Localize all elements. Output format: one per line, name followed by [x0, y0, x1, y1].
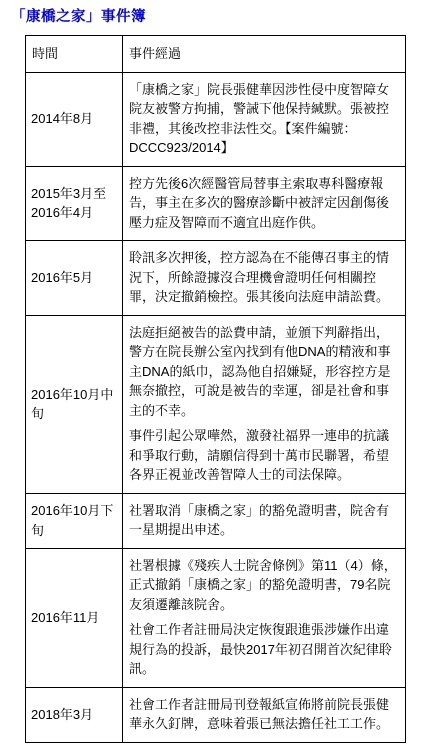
event-paragraph: 事件引起公眾嘩然，激發社福界一連串的抗議和爭取行動，請願信得到十萬市民聯署，希望…	[129, 426, 401, 485]
time-cell: 2016年10月下旬	[26, 493, 123, 548]
events-table: 時間 事件經過 2014年8月 「康橋之家」院長張健華因涉性侵中度智障女院友被警…	[25, 35, 406, 743]
page-title: 「康橋之家」事件簿	[11, 9, 422, 26]
event-cell: 社會工作者註冊局刊登報紙宣佈將前院長張健華永久釘牌，意味着張已無法擔任社工工作。	[123, 687, 406, 742]
table-row: 2016年11月 社署根據《殘疾人士院舍條例》第11（4）條，正式撤銷「康橋之家…	[26, 548, 406, 687]
event-paragraph: 社署取消「康橋之家」的豁免證明書，院舍有一星期提出申述。	[129, 501, 401, 540]
event-cell: 「康橋之家」院長張健華因涉性侵中度智障女院友被警方拘捕，警誡下他保持緘默。張被控…	[123, 72, 406, 166]
table-row: 2016年5月 聆訊多次押後，控方認為在不能傳召事主的情況下，所餘證據沒合理機會…	[26, 241, 406, 316]
column-header-event: 事件經過	[123, 36, 406, 73]
event-paragraph: 「康橋之家」院長張健華因涉性侵中度智障女院友被警方拘捕，警誡下他保持緘默。張被控…	[129, 80, 401, 158]
column-header-time: 時間	[26, 36, 123, 73]
header-row: 時間 事件經過	[26, 36, 406, 73]
event-paragraph: 社會工作者註冊局刊登報紙宣佈將前院長張健華永久釘牌，意味着張已無法擔任社工工作。	[129, 695, 401, 734]
time-cell: 2016年11月	[26, 548, 123, 687]
table-row: 2016年10月下旬 社署取消「康橋之家」的豁免證明書，院舍有一星期提出申述。	[26, 493, 406, 548]
event-cell: 聆訊多次押後，控方認為在不能傳召事主的情況下，所餘證據沒合理機會證明任何相關控罪…	[123, 241, 406, 316]
event-paragraph: 聆訊多次押後，控方認為在不能傳召事主的情況下，所餘證據沒合理機會證明任何相關控罪…	[129, 248, 401, 307]
event-paragraph: 社署根據《殘疾人士院舍條例》第11（4）條，正式撤銷「康橋之家」的豁免證明書，7…	[129, 556, 401, 615]
table-row: 2016年10月中旬 法庭拒絕被告的訟費申請，並頒下判辭指出，警方在院長辦公室內…	[26, 315, 406, 493]
time-cell: 2014年8月	[26, 72, 123, 166]
time-cell: 2015年3月至2016年4月	[26, 166, 123, 241]
table-row: 2014年8月 「康橋之家」院長張健華因涉性侵中度智障女院友被警方拘捕，警誡下他…	[26, 72, 406, 166]
event-cell: 社署根據《殘疾人士院舍條例》第11（4）條，正式撤銷「康橋之家」的豁免證明書，7…	[123, 548, 406, 687]
event-paragraph: 控方先後6次經醫管局替事主索取專科醫療報告，事主在多次的醫療診斷中被評定因創傷後…	[129, 174, 401, 233]
time-cell: 2016年5月	[26, 241, 123, 316]
event-cell: 社署取消「康橋之家」的豁免證明書，院舍有一星期提出申述。	[123, 493, 406, 548]
event-cell: 控方先後6次經醫管局替事主索取專科醫療報告，事主在多次的醫療診斷中被評定因創傷後…	[123, 166, 406, 241]
event-paragraph: 法庭拒絕被告的訟費申請，並頒下判辭指出，警方在院長辦公室內找到有他DNA的精液和…	[129, 323, 401, 421]
time-cell: 2018年3月	[26, 687, 123, 742]
table-row: 2018年3月 社會工作者註冊局刊登報紙宣佈將前院長張健華永久釘牌，意味着張已無…	[26, 687, 406, 742]
time-cell: 2016年10月中旬	[26, 315, 123, 493]
event-cell: 法庭拒絕被告的訟費申請，並頒下判辭指出，警方在院長辦公室內找到有他DNA的精液和…	[123, 315, 406, 493]
event-paragraph: 社會工作者註冊局決定恢復跟進張涉嫌作出違規行為的投訴，最快2017年初召開首次紀…	[129, 620, 401, 679]
table-row: 2015年3月至2016年4月 控方先後6次經醫管局替事主索取專科醫療報告，事主…	[26, 166, 406, 241]
